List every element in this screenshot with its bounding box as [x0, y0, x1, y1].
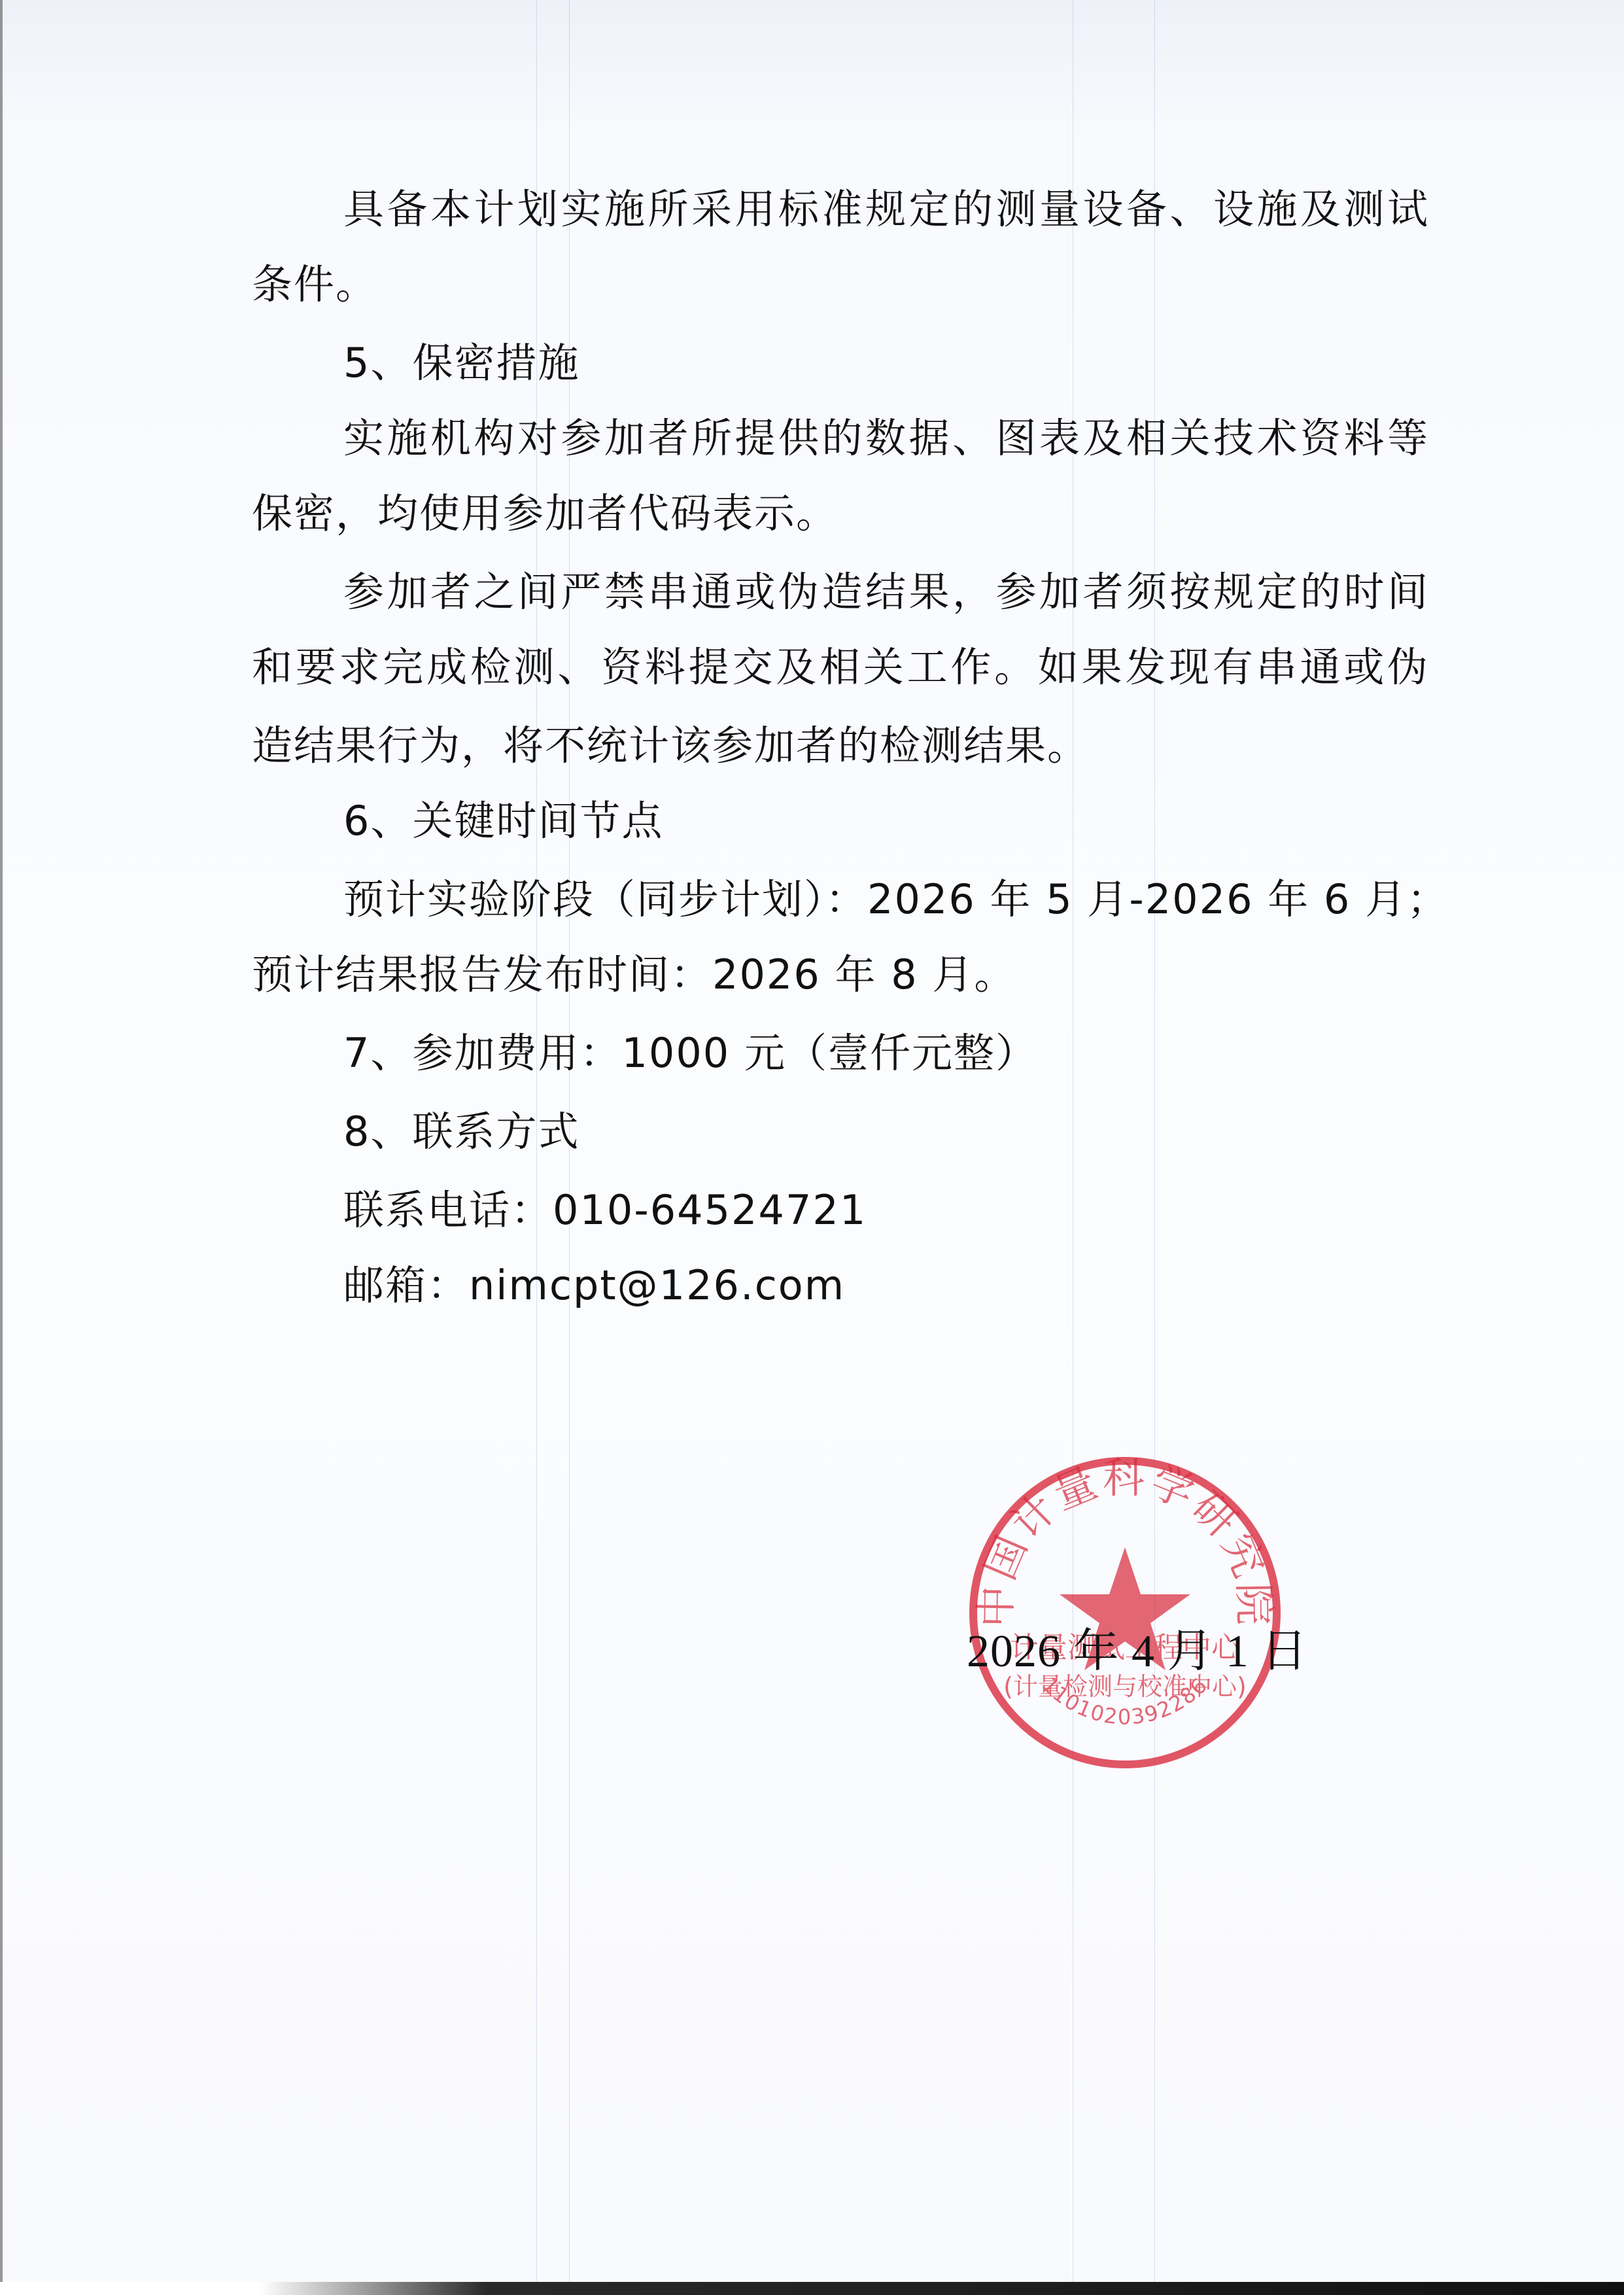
section-heading-key-dates: 6、关键时间节点 — [343, 795, 663, 847]
section-heading-confidentiality: 5、保密措施 — [343, 337, 579, 389]
paragraph-line: 造结果行为，将不统计该参加者的检测结果。 — [252, 720, 1089, 772]
scan-left-edge — [0, 0, 3, 2283]
contact-email: 邮箱：nimcpt@126.com — [343, 1259, 845, 1312]
report-release-line: 预计结果报告发布时间：2026 年 8 月。 — [252, 949, 1016, 1001]
paragraph-line: 和要求完成检测、资料提交及相关工作。如果发现有串通或伪 — [252, 641, 1429, 693]
paragraph-line: 实施机构对参加者所提供的数据、图表及相关技术资料等 — [343, 412, 1429, 464]
contact-phone: 联系电话：010-64524721 — [343, 1184, 867, 1236]
paragraph-line: 参加者之间严禁串通或伪造结果，参加者须按规定的时间 — [343, 566, 1429, 618]
scan-line — [1154, 0, 1155, 2283]
fee-line: 7、参加费用：1000 元（壹仟元整） — [343, 1027, 1037, 1079]
official-seal-stamp: 中国计量科学研究院 计量测试工程中心 (计量检测与校准中心) 110102039… — [961, 1449, 1288, 1776]
document-page: 具备本计划实施所采用标准规定的测量设备、设施及测试 条件。 5、保密措施 实施机… — [0, 0, 1624, 2283]
scan-bottom-edge — [0, 2282, 1624, 2295]
section-heading-contact: 8、联系方式 — [343, 1106, 579, 1158]
experiment-phase-line: 预计实验阶段（同步计划）：2026 年 5 月-2026 年 6 月； — [343, 873, 1449, 926]
paragraph-line: 保密，均使用参加者代码表示。 — [252, 487, 838, 540]
paragraph-line: 条件。 — [252, 258, 377, 311]
signature-date: 2026 年 4 月 1 日 — [967, 1626, 1308, 1678]
paragraph-line: 具备本计划实施所采用标准规定的测量设备、设施及测试 — [343, 183, 1429, 236]
scan-line — [1073, 0, 1073, 2283]
